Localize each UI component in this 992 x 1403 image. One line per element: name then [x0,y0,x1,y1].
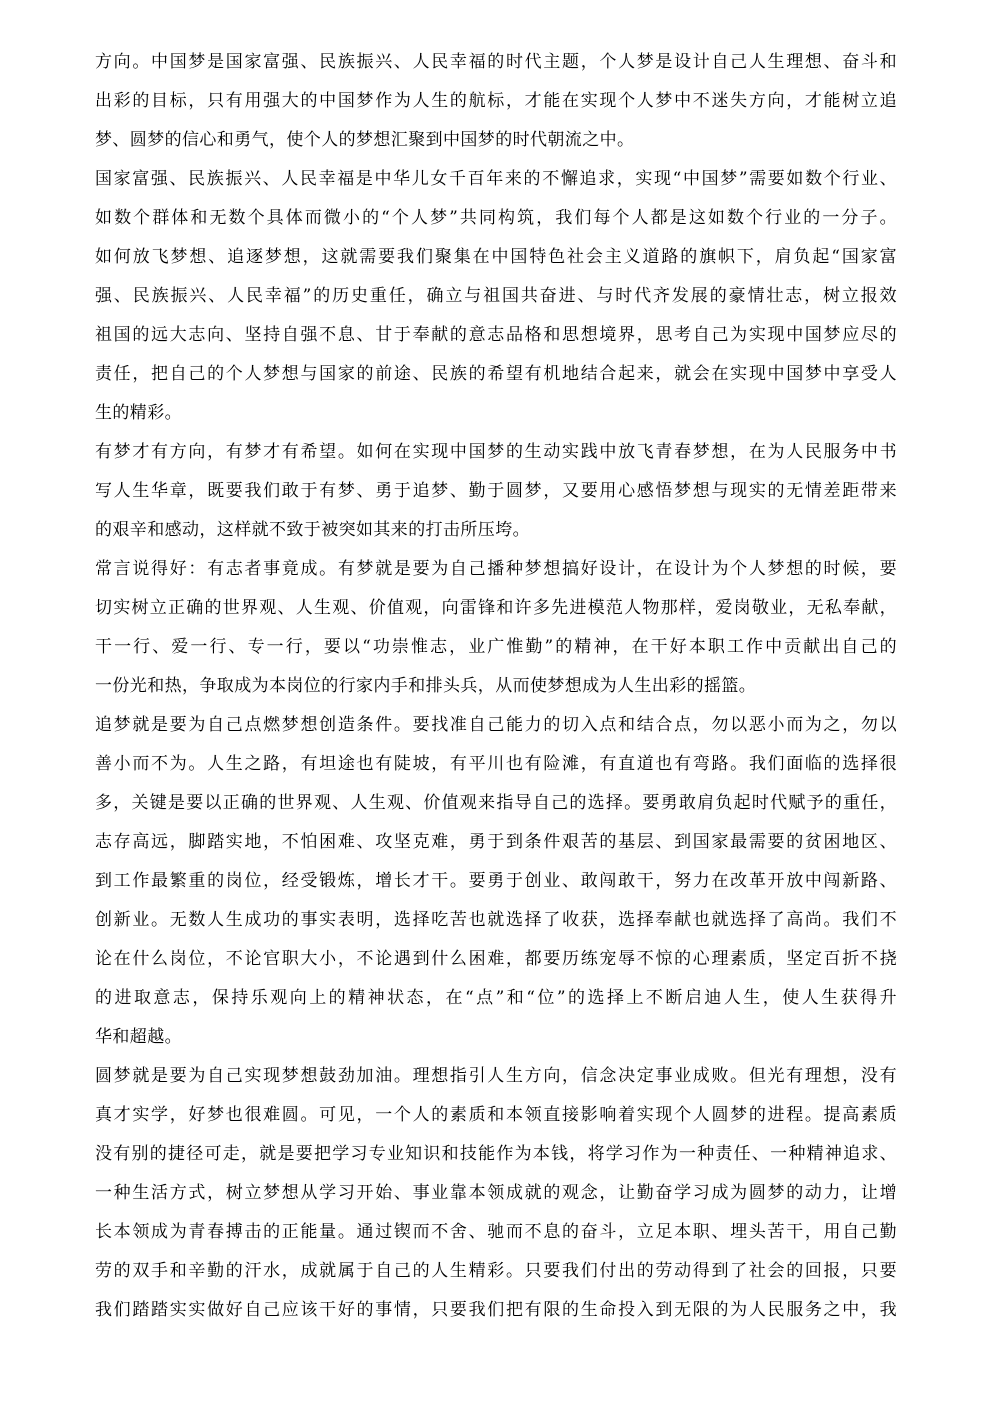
text-line: 善小而不为。人生之路，有坦途也有陡坡，有平川也有险滩，有直道也有弯路。我们面临的… [95,745,897,784]
text-line: 圆梦就是要为自己实现梦想鼓劲加油。理想指引人生方向，信念决定事业成败。但光有理想… [95,1057,897,1096]
text-line: 到工作最繁重的岗位，经受锻炼，增长才干。要勇于创业、敢闯敢干，努力在改革开放中闯… [95,862,897,901]
text-line: 的艰辛和感动，这样就不致于被突如其来的打击所压垮。 [95,511,897,550]
text-line: 常言说得好：有志者事竟成。有梦就是要为自己播种梦想搞好设计，在设计为个人梦想的时… [95,550,897,589]
text-line: 劳的双手和辛勤的汗水，成就属于自己的人生精彩。只要我们付出的劳动得到了社会的回报… [95,1252,897,1291]
text-line: 责任，把自己的个人梦想与国家的前途、民族的希望有机地结合起来，就会在实现中国梦中… [95,355,897,394]
text-line: 如何放飞梦想、追逐梦想，这就需要我们聚集在中国特色社会主义道路的旗帜下，肩负起“… [95,238,897,277]
text-line: 华和超越。 [95,1018,897,1057]
text-line: 梦、圆梦的信心和勇气，使个人的梦想汇聚到中国梦的时代朝流之中。 [95,121,897,160]
text-line: 长本领成为青春搏击的正能量。通过锲而不舍、驰而不息的奋斗，立足本职、埋头苦干，用… [95,1213,897,1252]
text-line: 多，关键是要以正确的世界观、人生观、价值观来指导自己的选择。要勇敢肩负起时代赋予… [95,784,897,823]
paragraph-dream-direction: 有梦才有方向，有梦才有希望。如何在实现中国梦的生动实践中放飞青春梦想，在为人民服… [95,433,897,550]
text-line: 一种生活方式，树立梦想从学习开始、事业靠本领成就的观念，让勤奋学习成为圆梦的动力… [95,1174,897,1213]
text-line: 没有别的捷径可走，就是要把学习专业知识和技能作为本钱，将学习作为一种责任、一种精… [95,1135,897,1174]
text-line: 如数个群体和无数个具体而微小的“个人梦”共同构筑，我们每个人都是这如数个行业的一… [95,199,897,238]
text-line: 国家富强、民族振兴、人民幸福是中华儿女千百年来的不懈追求，实现“中国梦”需要如数… [95,160,897,199]
text-line: 有梦才有方向，有梦才有希望。如何在实现中国梦的生动实践中放飞青春梦想，在为人民服… [95,433,897,472]
text-line: 出彩的目标，只有用强大的中国梦作为人生的航标，才能在实现个人梦中不迷失方向，才能… [95,82,897,121]
text-line: 真才实学，好梦也很难圆。可见，一个人的素质和本领直接影响着实现个人圆梦的进程。提… [95,1096,897,1135]
paragraph-fulfilling-dream: 圆梦就是要为自己实现梦想鼓劲加油。理想指引人生方向，信念决定事业成败。但光有理想… [95,1057,897,1330]
text-line: 方向。中国梦是国家富强、民族振兴、人民幸福的时代主题，个人梦是设计自己人生理想、… [95,43,897,82]
text-line: 写人生华章，既要我们敢于有梦、勇于追梦、勤于圆梦，又要用心感悟梦想与现实的无情差… [95,472,897,511]
text-line: 创新业。无数人生成功的事实表明，选择吃苦也就选择了收获，选择奉献也就选择了高尚。… [95,901,897,940]
text-line: 生的精彩。 [95,394,897,433]
text-line: 祖国的远大志向、坚持自强不息、甘于奉献的意志品格和思想境界，思考自己为实现中国梦… [95,316,897,355]
text-line: 切实树立正确的世界观、人生观、价值观，向雷锋和许多先进模范人物那样，爱岗敬业，无… [95,589,897,628]
text-line: 的进取意志，保持乐观向上的精神状态，在“点”和“位”的选择上不断启迪人生，使人生… [95,979,897,1018]
document-page: 方向。中国梦是国家富强、民族振兴、人民幸福的时代主题，个人梦是设计自己人生理想、… [0,0,992,1403]
paragraph-having-dream: 常言说得好：有志者事竟成。有梦就是要为自己播种梦想搞好设计，在设计为个人梦想的时… [95,550,897,706]
paragraph-continuation: 方向。中国梦是国家富强、民族振兴、人民幸福的时代主题，个人梦是设计自己人生理想、… [95,43,897,160]
text-line: 追梦就是要为自己点燃梦想创造条件。要找准自己能力的切入点和结合点，勿以恶小而为之… [95,706,897,745]
paragraph-chasing-dream: 追梦就是要为自己点燃梦想创造条件。要找准自己能力的切入点和结合点，勿以恶小而为之… [95,706,897,1057]
text-line: 论在什么岗位，不论官职大小，不论遇到什么困难，都要历练宠辱不惊的心理素质，坚定百… [95,940,897,979]
text-line: 我们踏踏实实做好自己应该干好的事情，只要我们把有限的生命投入到无限的为人民服务之… [95,1291,897,1330]
text-line: 志存高远，脚踏实地，不怕困难、攻坚克难，勇于到条件艰苦的基层、到国家最需要的贫困… [95,823,897,862]
text-line: 一份光和热，争取成为本岗位的行家内手和排头兵，从而使梦想成为人生出彩的摇篮。 [95,667,897,706]
text-line: 干一行、爱一行、专一行，要以“功崇惟志，业广惟勤”的精神，在干好本职工作中贡献出… [95,628,897,667]
paragraph-national-dream: 国家富强、民族振兴、人民幸福是中华儿女千百年来的不懈追求，实现“中国梦”需要如数… [95,160,897,433]
text-line: 强、民族振兴、人民幸福”的历史重任，确立与祖国共奋进、与时代齐发展的豪情壮志，树… [95,277,897,316]
document-body: 方向。中国梦是国家富强、民族振兴、人民幸福的时代主题，个人梦是设计自己人生理想、… [95,43,897,1330]
